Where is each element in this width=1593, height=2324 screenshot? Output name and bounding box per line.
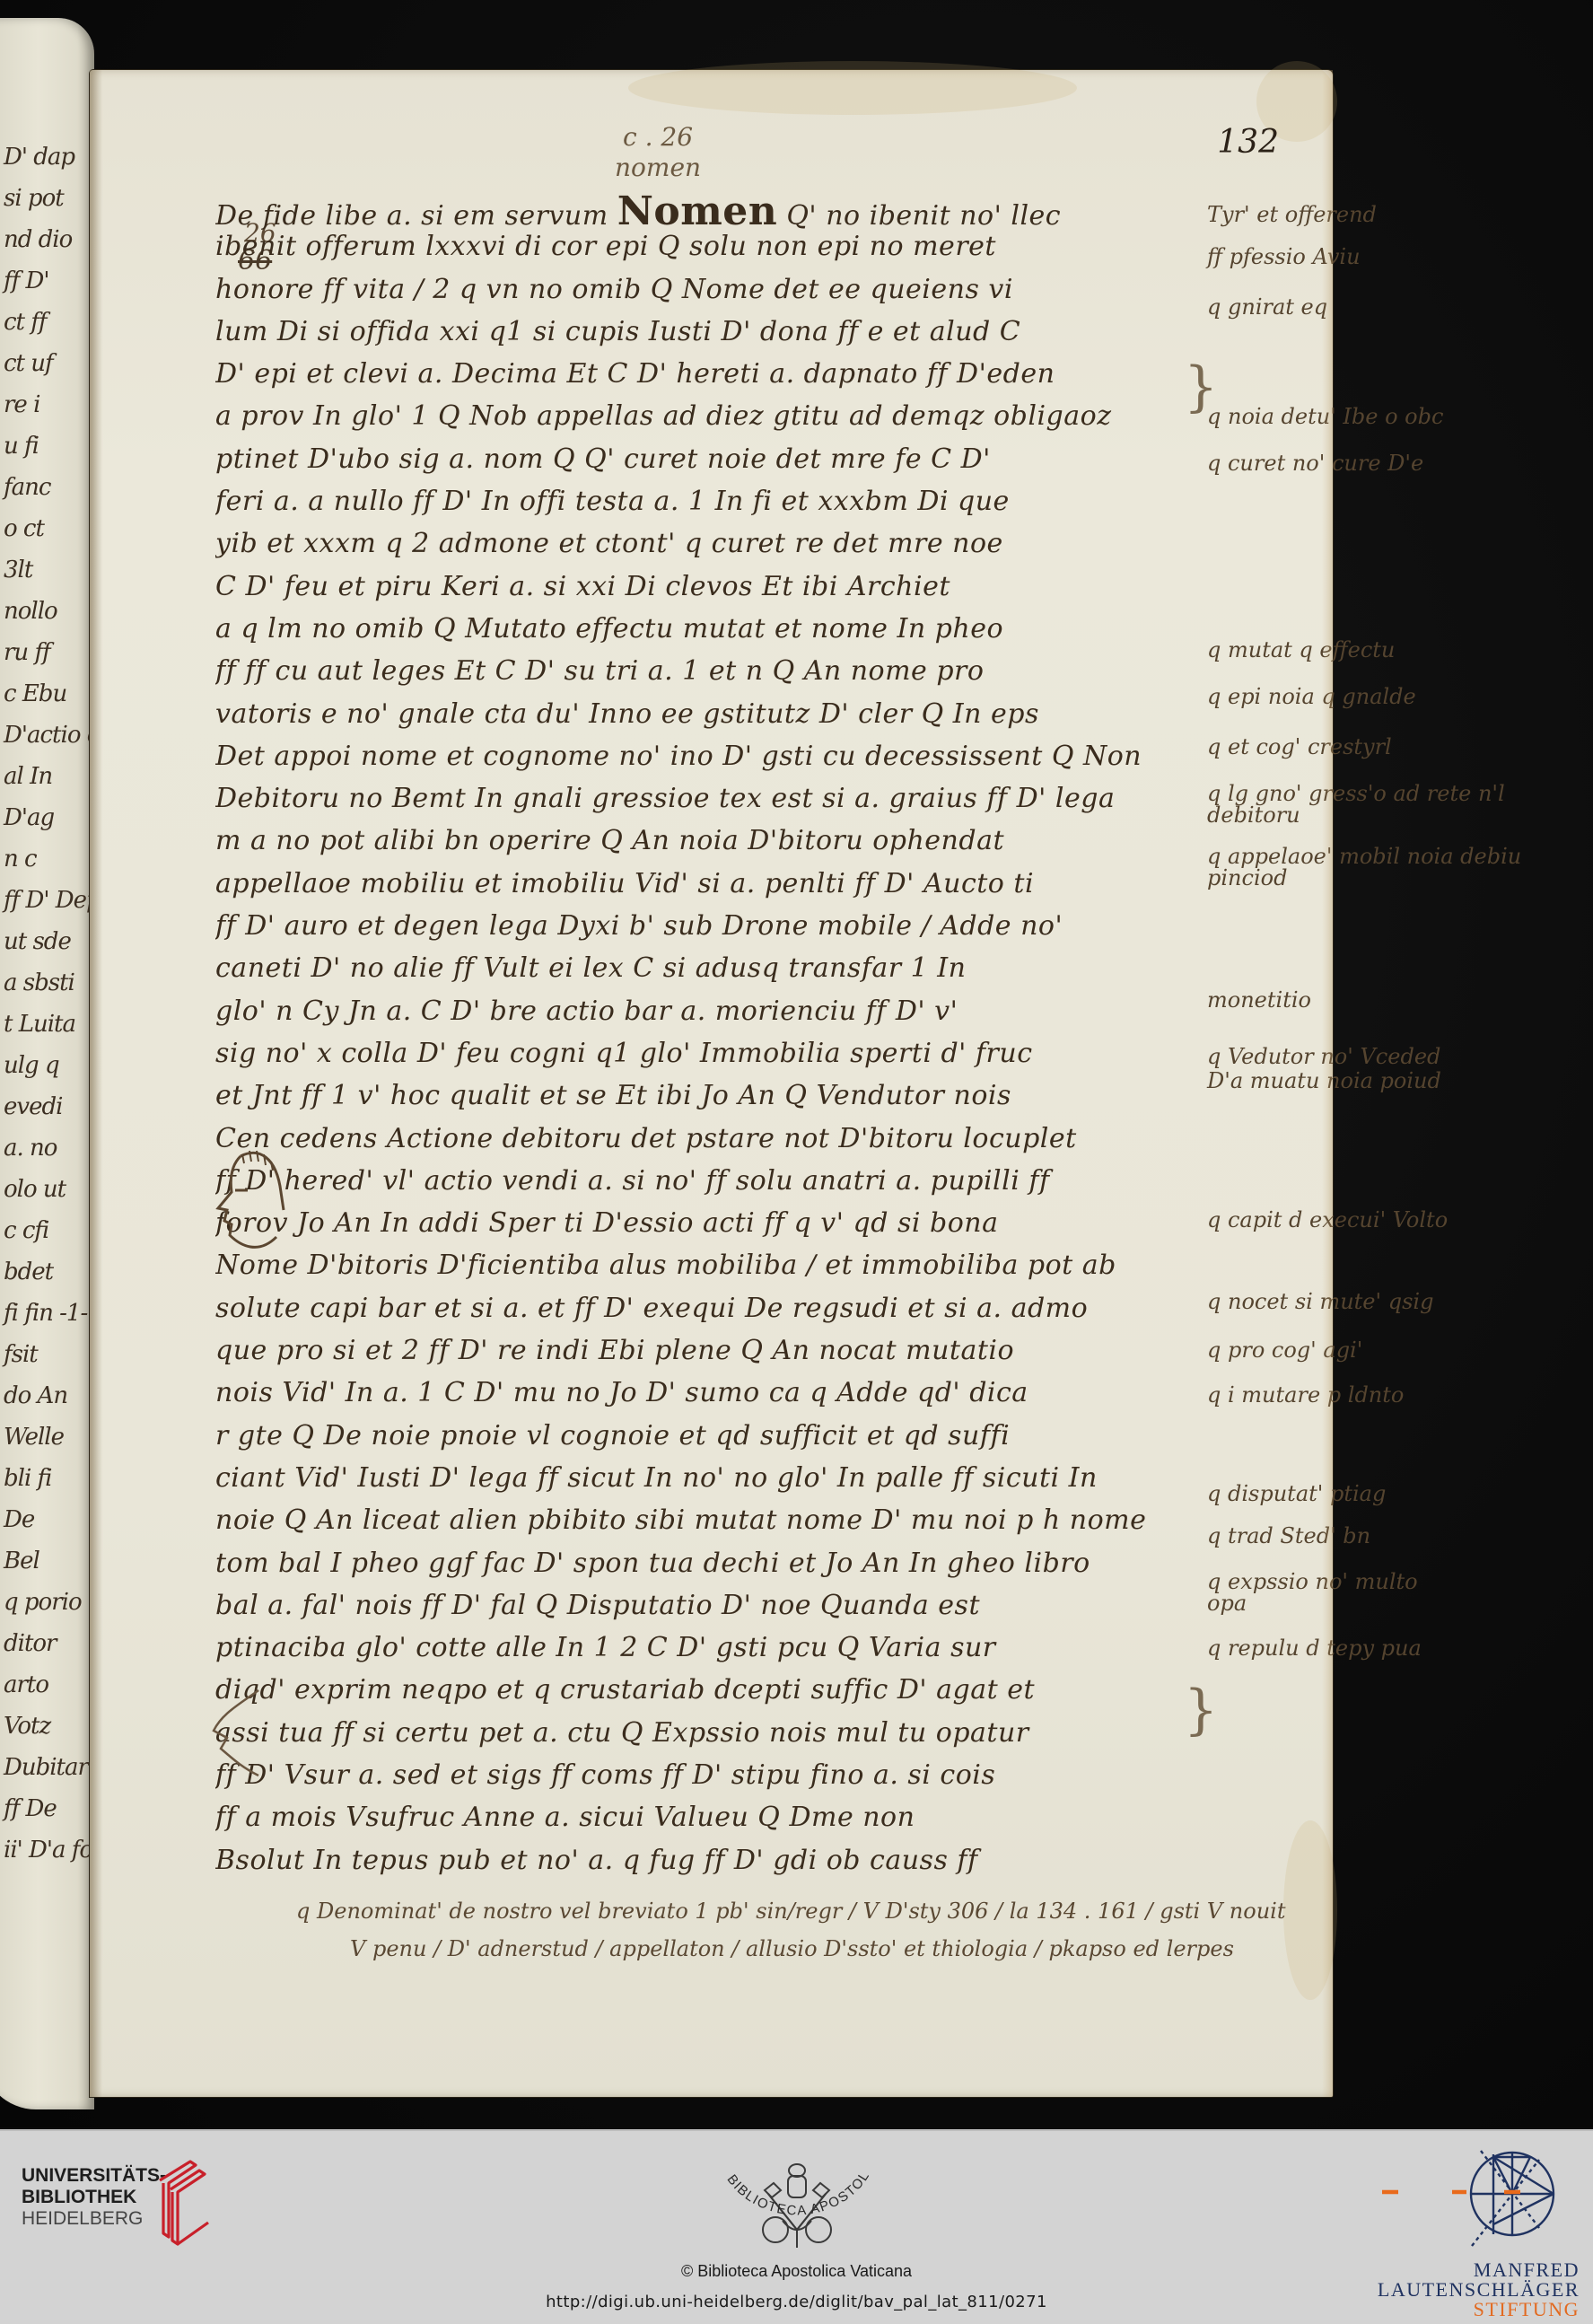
profile-drawing-icon [205, 1138, 285, 1291]
manuscript-line: ptinet D'ubo sig a. nom Q Q' curet noie … [215, 443, 1265, 486]
manuscript-line: ff D' hered' vl' actio vendi a. si no' f… [215, 1165, 1265, 1207]
marginal-note: D'a muatu noia poiud [1207, 1068, 1441, 1093]
manuscript-line: 18Bsolut In tepus pub et no' a. q fug ff… [215, 1845, 1265, 1887]
left-page-fragment: ct ff [4, 309, 47, 336]
manuscript-line: et Jnt ff 1 v' hoc qualit et se Et ibi J… [215, 1080, 1265, 1122]
manuscript-line: 16ff D' Vsur a. sed et sigs ff coms ff D… [215, 1759, 1265, 1802]
manuscript-line: feri a. a nullo ff D' In offi testa a. 1… [215, 486, 1265, 528]
left-page-fragment: fsit [4, 1341, 38, 1368]
line-text: vatoris e no' gnale cta du' Inno ee gsti… [215, 698, 1039, 730]
running-head-chapter: c . 26 [615, 122, 701, 153]
manuscript-line: yib et xxxm q 2 admone et ctont' q curet… [215, 528, 1265, 570]
marginal-note: pinciod [1207, 865, 1287, 890]
line-text: et Jnt ff 1 v' hoc qualit et se Et ibi J… [215, 1080, 1011, 1111]
manuscript-line: 8Det appoi nome et cognome no' ino D' gs… [215, 741, 1265, 783]
left-page-fragment: fanc [4, 474, 50, 501]
running-head: c . 26 nomen [615, 122, 701, 183]
marginal-note: q pro cog' agi' [1207, 1337, 1362, 1363]
line-text: D' epi et clevi a. Decima Et C D' hereti… [215, 358, 1055, 390]
line-text: yib et xxxm q 2 admone et ctont' q curet… [215, 528, 1003, 559]
manuscript-line: 6ff ff cu aut leges Et C D' su tri a. 1 … [215, 655, 1265, 697]
ub-heidelberg-logo[interactable]: UNIVERSITÄTS- BIBLIOTHEK HEIDELBERG [22, 2165, 166, 2230]
svg-text:BIBLIOTECA APOSTOLICA VATICANA: BIBLIOTECA APOSTOLICA VATICANA [689, 2158, 873, 2219]
manuscript-line: De fide libe a. si em servum Nomen Q' no… [215, 189, 1265, 231]
left-page-fragment: u fi [4, 433, 39, 460]
left-page-fragment: D'ag [4, 804, 54, 831]
manuscript-line: lum Di si offida xxi q1 si cupis Iusti D… [215, 316, 1265, 358]
line-text: Bsolut In tepus pub et no' a. q fug ff D… [215, 1845, 978, 1876]
left-page-fragment: D' dap [4, 144, 74, 171]
rubric-nomen: Nomen [617, 189, 778, 231]
line-text: bal a. fal' nois ff D' fal Q Disputatio … [215, 1590, 980, 1621]
left-page-fragment: ulg q [4, 1052, 59, 1079]
marginal-note: q epi noia q gnalde [1207, 684, 1416, 709]
left-page-fragment: De [4, 1506, 34, 1533]
left-page-fragment: arto [4, 1671, 48, 1698]
line-text: feri a. a nullo ff D' In offi testa a. 1… [215, 486, 1010, 517]
ub-logo-line3: HEIDELBERG [22, 2208, 166, 2230]
line-text: m a no pot alibi bn operire Q An noia D'… [215, 825, 1004, 856]
line-text: ff D' Vsur a. sed et sigs ff coms ff D' … [215, 1759, 995, 1791]
manuscript-line: Nome D'bitoris D'ficientiba alus mobilib… [215, 1250, 1265, 1292]
marginal-note: q noia detu' Ibe o obc [1207, 404, 1443, 429]
line-text: que pro si et 2 ff D' re indi Ebi plene … [215, 1335, 1014, 1366]
left-page-fragment: nollo [4, 598, 57, 625]
left-page-fragment: Dubitari [4, 1754, 94, 1781]
manuscript-line: 3honore ff vita / 2 q vn no omib Q Nome … [215, 274, 1265, 316]
marginal-note: q Vedutor no' Vceded [1207, 1044, 1440, 1069]
marginal-note: q repulu d tepy pua [1207, 1636, 1422, 1661]
manuscript-line: sig no' x colla D' feu cogni q1 glo' Imm… [215, 1038, 1265, 1080]
left-page-fragment: bdet [4, 1258, 53, 1285]
ub-logo-line1: UNIVERSITÄTS- [22, 2165, 166, 2187]
left-page-fragment: ru ff [4, 639, 50, 666]
left-page-fragment: a sbsti [4, 969, 74, 996]
manuscript-line: 12nois Vid' In a. 1 C D' mu no Jo D' sum… [215, 1377, 1265, 1419]
manuscript-line: glo' n Cy Jn a. C D' bre actio bar a. mo… [215, 995, 1265, 1038]
manuscript-line: 13ciant Vid' Iusti D' lega ff sicut In n… [215, 1462, 1265, 1504]
left-page-fragment: t Luita [4, 1011, 75, 1038]
line-text: appellaoe mobiliu et imobiliu Vid' si a.… [215, 868, 1034, 899]
marginal-note: Tyr' et offerend [1207, 202, 1377, 227]
compass-circle-icon [1346, 2142, 1580, 2258]
marginal-note: q nocet si mute' qsig [1207, 1289, 1433, 1314]
mls-line1: MANFRED [1378, 2260, 1580, 2280]
line-text: ibenit offerum lxxxvi di cor epi Q solu … [215, 231, 996, 262]
left-page-fragment: n c [4, 846, 37, 873]
manuscript-line: 4a prov In glo' 1 Q Nob appellas ad diez… [215, 400, 1265, 443]
left-page-fragment: c cfi [4, 1217, 48, 1244]
bav-logo[interactable]: BIBLIOTECA APOSTOLICA VATICANA [689, 2158, 905, 2278]
manuscript-line: Cen cedens Actione debitoru det pstare n… [215, 1123, 1265, 1165]
line-text: De fide libe a. si em servum Nomen Q' no… [215, 189, 1061, 231]
ub-logo-line2: BIBLIOTHEK [22, 2187, 166, 2208]
line-text: Nome D'bitoris D'ficientiba alus mobilib… [215, 1250, 1116, 1281]
left-page-fragment: evedi [4, 1093, 62, 1120]
left-page-fragment: ut sde [4, 928, 71, 955]
manuscript-line: 14tom bal I pheo ggf fac D' spon tua dec… [215, 1548, 1265, 1590]
left-page-fragment: bli fi [4, 1465, 51, 1492]
marginal-note: q capit d execui' Volto [1207, 1207, 1448, 1232]
line-text: noie Q An liceat alien pbibito sibi muta… [215, 1504, 1146, 1536]
manuscript-line: 11forov Jo An In addi Sper ti D'essio ac… [215, 1207, 1265, 1250]
seal-text: BIBLIOTECA APOSTOLICA VATICANA [689, 2158, 873, 2219]
lautenschlaeger-wordmark: MANFRED LAUTENSCHLÄGER STIFTUNG [1378, 2260, 1580, 2320]
permalink-url[interactable]: http://digi.ub.uni-heidelberg.de/diglit/… [0, 2293, 1593, 2311]
left-page-fragment: Welle [4, 1424, 64, 1451]
left-page-fragment: si pot [4, 185, 64, 212]
left-page-fragment: o ct [4, 515, 44, 542]
line-text: Debitoru no Bemt In gnali gressioe tex e… [215, 783, 1115, 814]
mls-line2: LAUTENSCHLÄGER [1378, 2280, 1580, 2300]
marginal-note: q mutat q effectu [1207, 637, 1395, 662]
line-text: r gte Q De noie pnoie vl cognoie et qd s… [215, 1420, 1010, 1451]
profile-drawing-icon [205, 1686, 267, 1785]
papal-seal-icon: BIBLIOTECA APOSTOLICA VATICANA [689, 2158, 905, 2275]
marginal-note: monetitio [1207, 987, 1311, 1013]
folio-number: 132 [1217, 124, 1279, 161]
line-text: honore ff vita / 2 q vn no omib Q Nome d… [215, 274, 1013, 305]
left-page-fragment: do An [4, 1382, 67, 1409]
manuscript-line: r gte Q De noie pnoie vl cognoie et qd s… [215, 1420, 1265, 1462]
line-text: Det appoi nome et cognome no' ino D' gst… [215, 741, 1142, 772]
manuscript-line: bal a. fal' nois ff D' fal Q Disputatio … [215, 1590, 1265, 1632]
brace-icon: } [1184, 1679, 1218, 1741]
manuscript-line: diqd' exprim neqpo et q crustariab dcept… [215, 1674, 1265, 1716]
bottom-index-note: q Denominat' de nostro vel breviato 1 pb… [296, 1892, 1400, 1968]
line-text: ff a mois Vsufruc Anne a. sicui Valueu Q… [215, 1802, 915, 1833]
manuscript-line: 7vatoris e no' gnale cta du' Inno ee gst… [215, 698, 1265, 741]
left-page-fragment: fi fin -1- [4, 1300, 87, 1327]
manuscript-line: 15assi tua ff si certu pet a. ctu Q Exps… [215, 1717, 1265, 1759]
left-page-fragment: olo ut [4, 1176, 66, 1203]
line-text: assi tua ff si certu pet a. ctu Q Expssi… [215, 1717, 1029, 1749]
line-text: glo' n Cy Jn a. C D' bre actio bar a. mo… [215, 995, 958, 1027]
line-text: a prov In glo' 1 Q Nob appellas ad diez … [215, 400, 1112, 432]
manuscript-line: 10appellaoe mobiliu et imobiliu Vid' si … [215, 868, 1265, 910]
bottom-note-line: V penu / D' adnerstud / appellaton / all… [296, 1930, 1400, 1968]
manuscript-line: noie Q An liceat alien pbibito sibi muta… [215, 1504, 1265, 1547]
marginal-note: q gnirat eq [1207, 294, 1327, 320]
line-text: ptinet D'ubo sig a. nom Q Q' curet noie … [215, 443, 991, 475]
marginal-note: ff pfessio Aviu [1207, 244, 1361, 269]
manuscript-line: que pro si et 2 ff D' re indi Ebi plene … [215, 1335, 1265, 1377]
line-text: C D' feu et piru Keri a. si xxi Di clevo… [215, 571, 950, 602]
manuscript-line: C D' feu et piru Keri a. si xxi Di clevo… [215, 571, 1265, 613]
left-page-fragment: re i [4, 391, 39, 418]
manuscript-line: 17ff a mois Vsufruc Anne a. sicui Valueu… [215, 1802, 1265, 1844]
left-page-fragment: c Ebu [4, 680, 66, 707]
ub-book-mark-icon [156, 2158, 219, 2248]
marginal-note: q curet no' cure D'e [1207, 451, 1423, 476]
line-text: Cen cedens Actione debitoru det pstare n… [215, 1123, 1077, 1154]
line-text: sig no' x colla D' feu cogni q1 glo' Imm… [215, 1038, 1033, 1069]
line-text: ptinaciba glo' cotte alle In 1 2 C D' gs… [215, 1632, 996, 1663]
manuscript-line: 14ptinaciba glo' cotte alle In 1 2 C D' … [215, 1632, 1265, 1674]
marginal-note: q i mutare p ldnto [1207, 1382, 1404, 1408]
manuscript-line: solute capi bar et si a. et ff D' exequi… [215, 1293, 1265, 1335]
main-text-block: De fide libe a. si em servum Nomen Q' no… [215, 189, 1265, 1887]
left-page-fragment: ct uf [4, 350, 53, 377]
manuscript-line: ff D' auro et degen lega Dyxi b' sub Dro… [215, 910, 1265, 952]
line-text: nois Vid' In a. 1 C D' mu no Jo D' sumo … [215, 1377, 1028, 1408]
manuscript-line: m a no pot alibi bn operire Q An noia D'… [215, 825, 1265, 867]
left-page-fragment: Votz [4, 1713, 50, 1740]
copyright-text: © Biblioteca Apostolica Vaticana [0, 2262, 1593, 2281]
bottom-note-line: q Denominat' de nostro vel breviato 1 pb… [296, 1892, 1400, 1930]
marginal-note: opa [1207, 1591, 1247, 1616]
left-page-fragment: q porio [4, 1589, 82, 1616]
left-page-fragment: ff De [4, 1795, 57, 1822]
line-text: ciant Vid' Iusti D' lega ff sicut In no'… [215, 1462, 1098, 1494]
marginal-note: q disputat' ptiag [1207, 1481, 1386, 1506]
left-page-fragment: ditor [4, 1630, 57, 1657]
line-text: caneti D' no alie ff Vult ei lex C si ad… [215, 952, 966, 984]
mls-line3: STIFTUNG [1378, 2300, 1580, 2320]
manuscript-line: D' epi et clevi a. Decima Et C D' hereti… [215, 358, 1265, 400]
line-text: ff ff cu aut leges Et C D' su tri a. 1 e… [215, 655, 984, 687]
line-text: ff D' hered' vl' actio vendi a. si no' f… [215, 1165, 1050, 1197]
marginal-note: q et cog' crestyrl [1207, 734, 1392, 759]
manuscript-scan: D' dapsi potnd dioff D'ct ffct ufre iu f… [0, 0, 1593, 2127]
line-text: forov Jo An In addi Sper ti D'essio acti… [215, 1207, 998, 1239]
left-page-fragment: 3lt [4, 557, 32, 583]
marginal-note: debitoru [1207, 802, 1300, 828]
left-page-fragment: nd dio [4, 226, 72, 253]
running-head-title: nomen [615, 153, 701, 183]
manuscript-line: 9Debitoru no Bemt In gnali gressioe tex … [215, 783, 1265, 825]
left-page-fragment: Bel [4, 1548, 39, 1574]
left-page-fragment: a. no [4, 1135, 57, 1162]
line-text: diqd' exprim neqpo et q crustariab dcept… [215, 1674, 1035, 1706]
manuscript-line: caneti D' no alie ff Vult ei lex C si ad… [215, 952, 1265, 995]
line-text: solute capi bar et si a. et ff D' exequi… [215, 1293, 1088, 1324]
line-text: ff D' auro et degen lega Dyxi b' sub Dro… [215, 910, 1063, 942]
facing-left-page: D' dapsi potnd dioff D'ct ffct ufre iu f… [0, 18, 94, 2109]
line-text: a q lm no omib Q Mutato effectu mutat et… [215, 613, 1003, 645]
left-page-fragment: ff D' [4, 267, 49, 294]
footer-bar: UNIVERSITÄTS- BIBLIOTHEK HEIDELBERG [0, 2129, 1593, 2324]
line-text: lum Di si offida xxi q1 si cupis Iusti D… [215, 316, 1020, 347]
line-text: tom bal I pheo ggf fac D' spon tua dechi… [215, 1548, 1090, 1579]
manuscript-line: a q lm no omib Q Mutato effectu mutat et… [215, 613, 1265, 655]
left-page-fragment: al In [4, 763, 52, 790]
manuscript-folio: 132 c . 26 nomen 26 66 De fide libe a. s… [90, 70, 1333, 2097]
marginal-note: q trad Sted' bn [1207, 1523, 1370, 1548]
manuscript-line: 2ibenit offerum lxxxvi di cor epi Q solu… [215, 231, 1265, 273]
